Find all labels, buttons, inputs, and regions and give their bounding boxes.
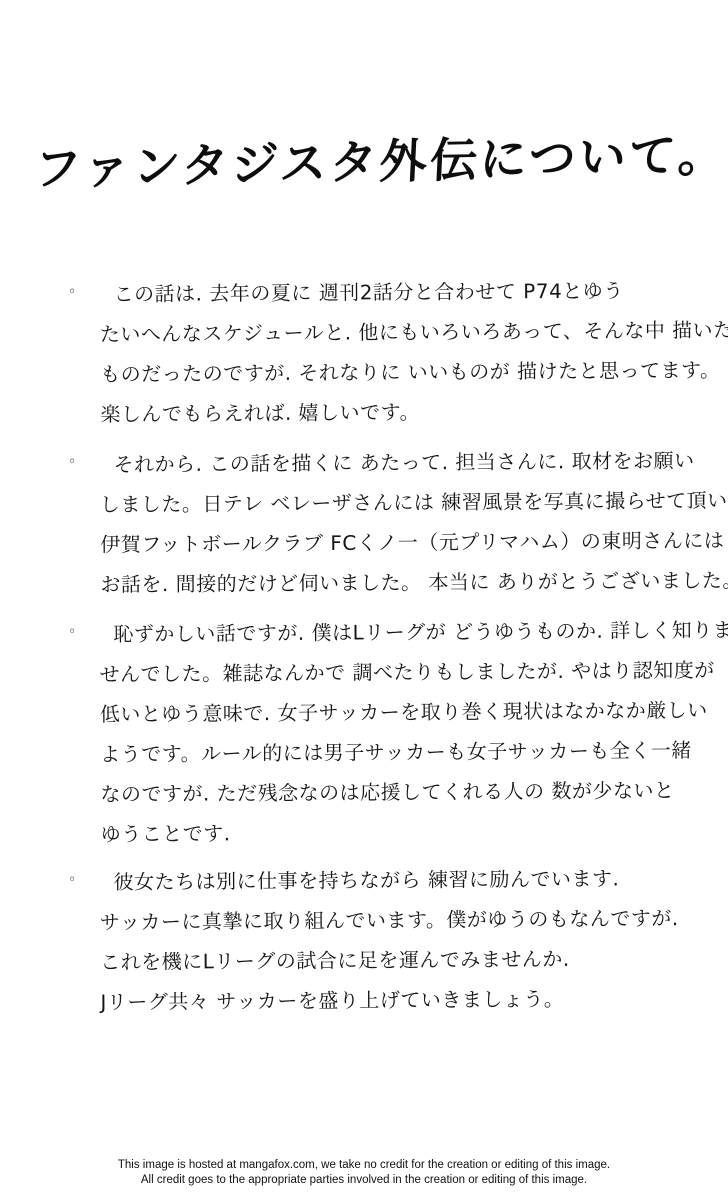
- hosting-disclaimer: This image is hosted at mangafox.com, we…: [0, 1158, 728, 1188]
- disclaimer-line-2: All credit goes to the appropriate parti…: [0, 1173, 728, 1188]
- paragraph-lines: 恥ずかしい話ですが. 僕はLリーグが どうゆうものか. 詳しく知りま せんでした…: [99, 610, 728, 854]
- paragraph-lines: 彼女たちは別に仕事を持ちながら 練習に励んでいます. サッカーに真摯に取り組んで…: [99, 858, 702, 1022]
- paragraph-schedule-note: ◦ この話は. 去年の夏に 週刊2話分と合わせて P74とゆう たいへんなスケジ…: [62, 272, 702, 432]
- bullet-circle-icon: ◦: [62, 612, 100, 652]
- handwritten-line: しました。日テレ ベレーザさんには 練習風景を写真に撮らせて頂いたり.: [100, 479, 728, 524]
- paragraph-research-thanks: ◦ それから. この話を描くに あたって. 担当さんに. 取材をお願い しました…: [62, 442, 702, 602]
- page-title: ファンタジスタ外伝について。: [32, 111, 716, 215]
- scanned-manga-afterword-page: ファンタジスタ外伝について。 ◦ この話は. 去年の夏に 週刊2話分と合わせて …: [0, 0, 728, 1198]
- handwritten-line: Jリーグ共々 サッカーを盛り上げていきましょう。: [100, 978, 702, 1022]
- handwritten-line: なのですが. ただ残念なのは応援してくれる人の 数が少ないと: [100, 770, 728, 814]
- paragraph-support-appeal: ◦ 彼女たちは別に仕事を持ちながら 練習に励んでいます. サッカーに真摯に取り組…: [62, 860, 702, 1020]
- handwritten-line: たいへんなスケジュールと. 他にもいろいろあって、そんな中 描いた: [100, 310, 728, 354]
- handwritten-line: 恥ずかしい話ですが. 僕はLリーグが どうゆうものか. 詳しく知りま: [99, 610, 728, 654]
- handwritten-line: 彼女たちは別に仕事を持ちながら 練習に励んでいます.: [99, 858, 701, 902]
- handwritten-line: せんでした。雑誌なんかで 調べたりもしましたが. やはり認知度が: [99, 650, 728, 694]
- paragraph-lines: この話は. 去年の夏に 週刊2話分と合わせて P74とゆう たいへんなスケジュー…: [99, 270, 728, 434]
- bullet-circle-icon: ◦: [62, 272, 100, 312]
- paragraph-l-league-situation: ◦ 恥ずかしい話ですが. 僕はLリーグが どうゆうものか. 詳しく知りま せんで…: [62, 612, 702, 852]
- handwritten-line: お話を. 間接的だけど伺いました。 本当に ありがとうございました。: [100, 559, 728, 604]
- handwritten-line: それから. この話を描くに あたって. 担当さんに. 取材をお願い: [99, 439, 728, 484]
- handwritten-line: ものだったのですが. それなりに いいものが 描けたと思ってます。: [100, 350, 728, 394]
- bullet-circle-icon: ◦: [62, 860, 100, 900]
- handwritten-line: サッカーに真摯に取り組んでいます。僕がゆうのもなんですが.: [100, 898, 702, 942]
- paragraph-lines: それから. この話を描くに あたって. 担当さんに. 取材をお願い しました。日…: [99, 439, 728, 604]
- handwritten-line: ゆうことです.: [101, 810, 728, 854]
- disclaimer-line-1: This image is hosted at mangafox.com, we…: [0, 1158, 728, 1173]
- handwritten-line: この話は. 去年の夏に 週刊2話分と合わせて P74とゆう: [99, 270, 728, 314]
- handwritten-line: ようです。ルール的には男子サッカーも女子サッカーも全く一緒: [100, 730, 728, 774]
- handwritten-line: 伊賀フットボールクラブ FCくノ一（元プリマハム）の東明さんには いろいろな: [100, 519, 728, 564]
- handwritten-line: これを機にLリーグの試合に足を運んでみませんか.: [100, 938, 702, 982]
- bullet-circle-icon: ◦: [62, 442, 100, 482]
- handwritten-line: 楽しんでもらえれば. 嬉しいです。: [100, 390, 728, 434]
- handwritten-line: 低いとゆう意味で. 女子サッカーを取り巻く現状はなかなか厳しい: [100, 690, 728, 734]
